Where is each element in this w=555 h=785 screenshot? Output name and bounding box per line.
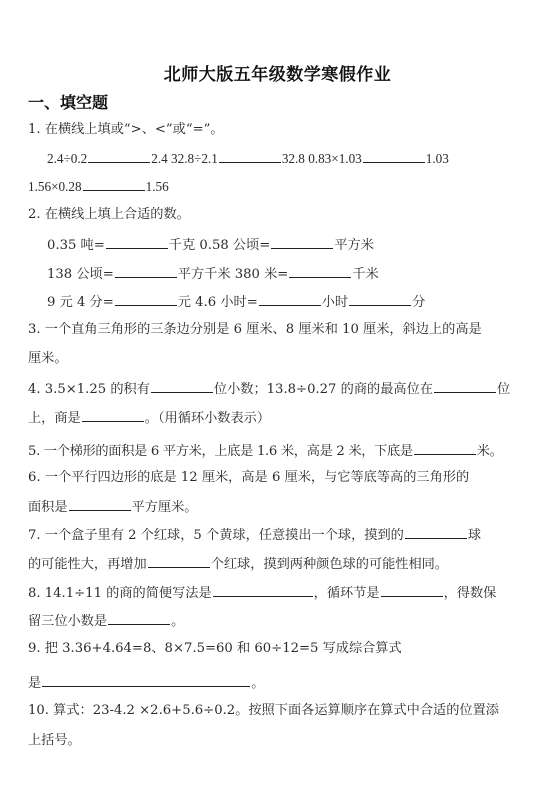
label: 平方千米 380 米= (178, 267, 289, 282)
expr-right: 1.56 (146, 179, 169, 194)
question-4-line1: 4. 3.5×1.25 的积有位小数；13.8÷0.27 的商的最高位在位 (28, 379, 510, 399)
answer-blank[interactable] (213, 583, 313, 597)
question-8-line1: 8. 14.1÷11 的商的简便写法是，循环节是，得数保 (28, 583, 496, 603)
unit: 小时 (322, 295, 348, 310)
question-8-line2: 留三位小数是。 (28, 611, 184, 631)
text: ，循环节是 (314, 586, 380, 601)
answer-blank[interactable] (289, 264, 351, 278)
expr-left: 0.83×1.03 (308, 151, 362, 166)
answer-blank[interactable] (414, 441, 476, 455)
question-1-row2: 1.56×0.281.56 (28, 177, 169, 196)
text: 7. 一个盒子里有 2 个红球，5 个黄球，任意摸出一个球，摸到的 (28, 528, 404, 543)
answer-blank[interactable] (88, 149, 150, 163)
page-title: 北师大版五年级数学寒假作业 (0, 60, 555, 85)
text: 米。 (477, 444, 503, 459)
question-7-line2: 的可能性大，再增加个红球，摸到两种颜色球的可能性相同。 (28, 554, 448, 574)
answer-blank[interactable] (42, 673, 250, 687)
question-2-row1: 0.35 吨=千克 0.58 公顷=平方米 (47, 235, 374, 255)
answer-blank[interactable] (82, 408, 144, 422)
question-2-stem: 2. 在横线上填上合适的数。 (28, 206, 190, 224)
label: 9 元 4 分= (47, 295, 114, 310)
answer-blank[interactable] (69, 497, 131, 511)
expr-left: 1.56×0.28 (28, 179, 82, 194)
label: 138 公顷= (47, 267, 114, 282)
question-6-line1: 6. 一个平行四边形的底是 12 厘米，高是 6 厘米，与它等底等高的三角形的 (28, 469, 469, 487)
answer-blank[interactable] (259, 292, 321, 306)
answer-blank[interactable] (381, 583, 443, 597)
label: 0.35 吨= (47, 238, 105, 253)
answer-blank[interactable] (405, 525, 467, 539)
answer-blank[interactable] (115, 292, 177, 306)
question-5: 5. 一个梯形的面积是 6 平方米，上底是 1.6 米，高是 2 米，下底是米。 (28, 441, 503, 461)
question-2-row3: 9 元 4 分=元 4.6 小时=小时分 (47, 292, 425, 312)
text: 面积是 (28, 500, 68, 515)
section-heading: 一、填空题 (28, 90, 108, 113)
expr-left: 2.4÷0.2 (47, 151, 87, 166)
answer-blank[interactable] (271, 235, 333, 249)
answer-blank[interactable] (219, 149, 281, 163)
text: ，得数保 (444, 586, 497, 601)
answer-blank[interactable] (151, 379, 213, 393)
question-3-line2: 厘米。 (28, 350, 68, 368)
text: 。 (171, 614, 184, 629)
text: 。 (251, 676, 264, 691)
text: 。（用循环小数表示） (145, 411, 270, 426)
question-7-line1: 7. 一个盒子里有 2 个红球，5 个黄球，任意摸出一个球，摸到的球 (28, 525, 481, 545)
expr-right: 2.4 (151, 151, 167, 166)
expr-left: 32.8÷2.1 (171, 151, 218, 166)
unit: 千米 (352, 267, 378, 282)
text: 位小数；13.8÷0.27 的商的最高位在 (214, 382, 433, 397)
answer-blank[interactable] (115, 264, 177, 278)
unit: 分 (412, 295, 425, 310)
unit: 平方米 (334, 238, 374, 253)
text: 4. 3.5×1.25 的积有 (28, 382, 150, 397)
answer-blank[interactable] (83, 177, 145, 191)
text: 上，商是 (28, 411, 81, 426)
label: 元 4.6 小时= (178, 295, 258, 310)
answer-blank[interactable] (363, 149, 425, 163)
question-3-line1: 3. 一个直角三角形的三条边分别是 6 厘米、8 厘米和 10 厘米，斜边上的高… (28, 321, 482, 339)
text: 的可能性大，再增加 (28, 557, 147, 572)
question-10-line2: 上括号。 (28, 732, 81, 750)
answer-blank[interactable] (148, 554, 210, 568)
question-4-line2: 上，商是。（用循环小数表示） (28, 408, 270, 428)
text: 平方厘米。 (132, 500, 198, 515)
answer-blank[interactable] (434, 379, 496, 393)
text: 是 (28, 676, 41, 691)
expr-right: 1.03 (426, 151, 449, 166)
question-1-stem: 1. 在横线上填或“>、<”或“=”。 (28, 121, 224, 139)
expr-right: 32.8 (282, 151, 305, 166)
question-6-line2: 面积是平方厘米。 (28, 497, 198, 517)
question-2-row2: 138 公顷=平方千米 380 米=千米 (47, 264, 379, 284)
text: 位 (497, 382, 510, 397)
question-10-line1: 10. 算式：23-4.2 ×2.6+5.6÷0.2。按照下面各运算顺序在算式中… (28, 702, 499, 720)
answer-blank[interactable] (349, 292, 411, 306)
text: 8. 14.1÷11 的商的简便写法是 (28, 586, 212, 601)
text: 个红球，摸到两种颜色球的可能性相同。 (211, 557, 448, 572)
answer-blank[interactable] (108, 611, 170, 625)
question-9-line2: 是。 (28, 673, 264, 693)
question-9-line1: 9. 把 3.36+4.64=8、8×7.5=60 和 60÷12=5 写成综合… (28, 640, 402, 658)
label: 千克 0.58 公顷= (169, 238, 271, 253)
question-1-row1: 2.4÷0.22.4 32.8÷2.132.8 0.83×1.031.03 (47, 149, 449, 168)
answer-blank[interactable] (106, 235, 168, 249)
text: 球 (468, 528, 481, 543)
text: 5. 一个梯形的面积是 6 平方米，上底是 1.6 米，高是 2 米，下底是 (28, 444, 413, 459)
text: 留三位小数是 (28, 614, 107, 629)
